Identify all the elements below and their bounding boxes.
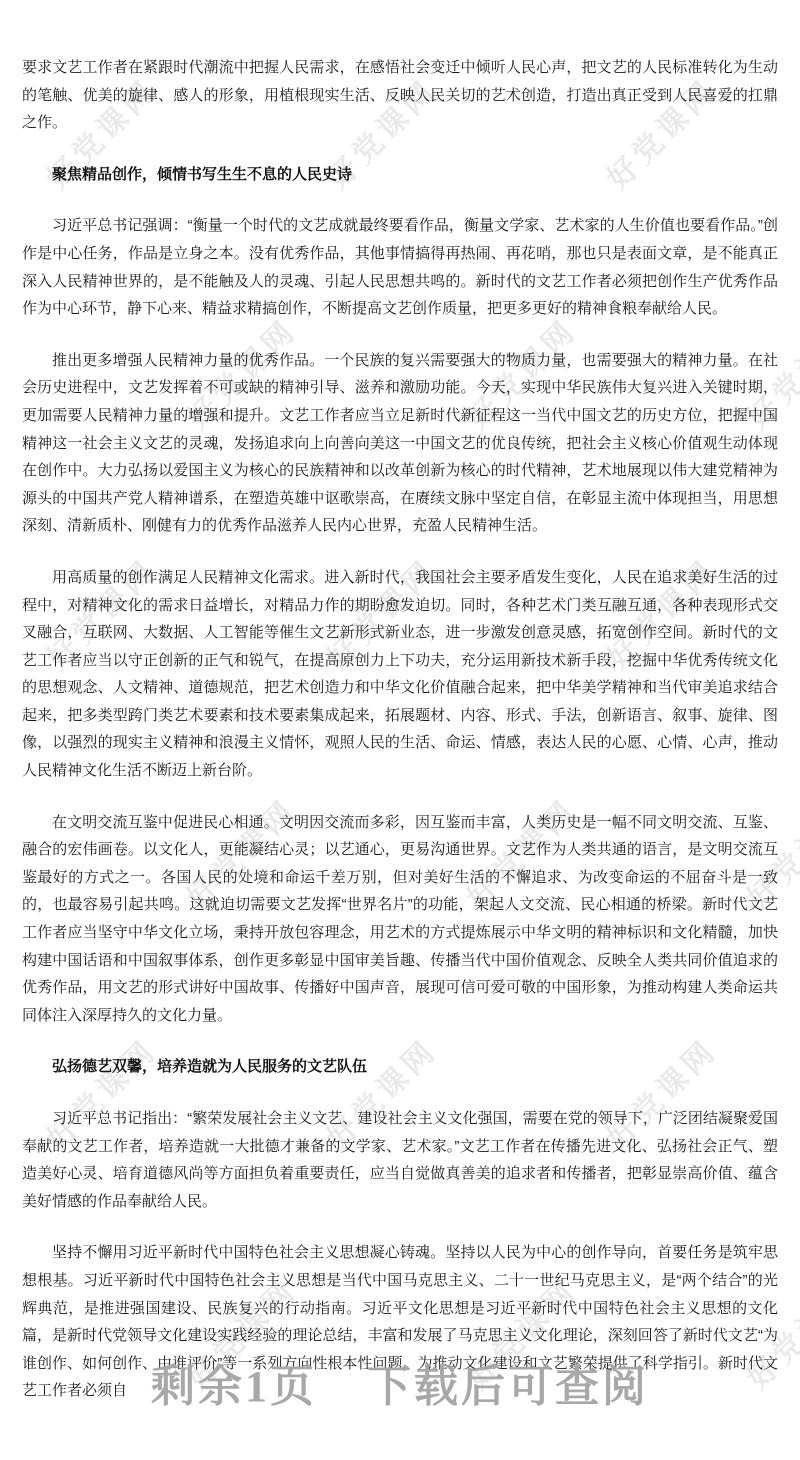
remaining-pages-notice: 剩余1页下载后可查阅 [0, 1350, 800, 1414]
document-body: 要求文艺工作者在紧跟时代潮流中把握人民需求，在感悟社会变迁中倾听人民心声，把文艺… [0, 0, 800, 1429]
document-page: 好党课网好党课网好党课网好党课网好党课网好党课网好党课网好党课网好党课网好党课网… [0, 0, 800, 1460]
remaining-pages-label: 剩余1页 [151, 1362, 317, 1411]
paragraph: 要求文艺工作者在紧跟时代潮流中把握人民需求，在感悟社会变迁中倾听人民心声，把文艺… [22, 54, 778, 137]
paragraph: 习近平总书记指出：“繁荣发展社会主义文艺、建设社会主义文化强国，需要在党的领导下… [22, 1105, 778, 1215]
section-heading: 弘扬德艺双馨，培养造就为人民服务的文艺队伍 [22, 1053, 778, 1081]
paragraph: 在文明交流互鉴中促进民心相通。文明因交流而多彩，因互鉴而丰富，人类历史是一幅不同… [22, 809, 778, 1030]
paragraph: 推出更多增强人民精神力量的优秀作品。一个民族的复兴需要强大的物质力量，也需要强大… [22, 347, 778, 540]
paragraph: 习近平总书记强调：“衡量一个时代的文艺成就最终要看作品，衡量文学家、艺术家的人生… [22, 212, 778, 322]
paragraph: 用高质量的创作满足人民精神文化需求。进入新时代，我国社会主要矛盾发生变化，人民在… [22, 564, 778, 785]
section-heading: 聚焦精品创作，倾情书写生生不息的人民史诗 [22, 161, 778, 189]
download-hint-label: 下载后可查阅 [367, 1362, 649, 1411]
